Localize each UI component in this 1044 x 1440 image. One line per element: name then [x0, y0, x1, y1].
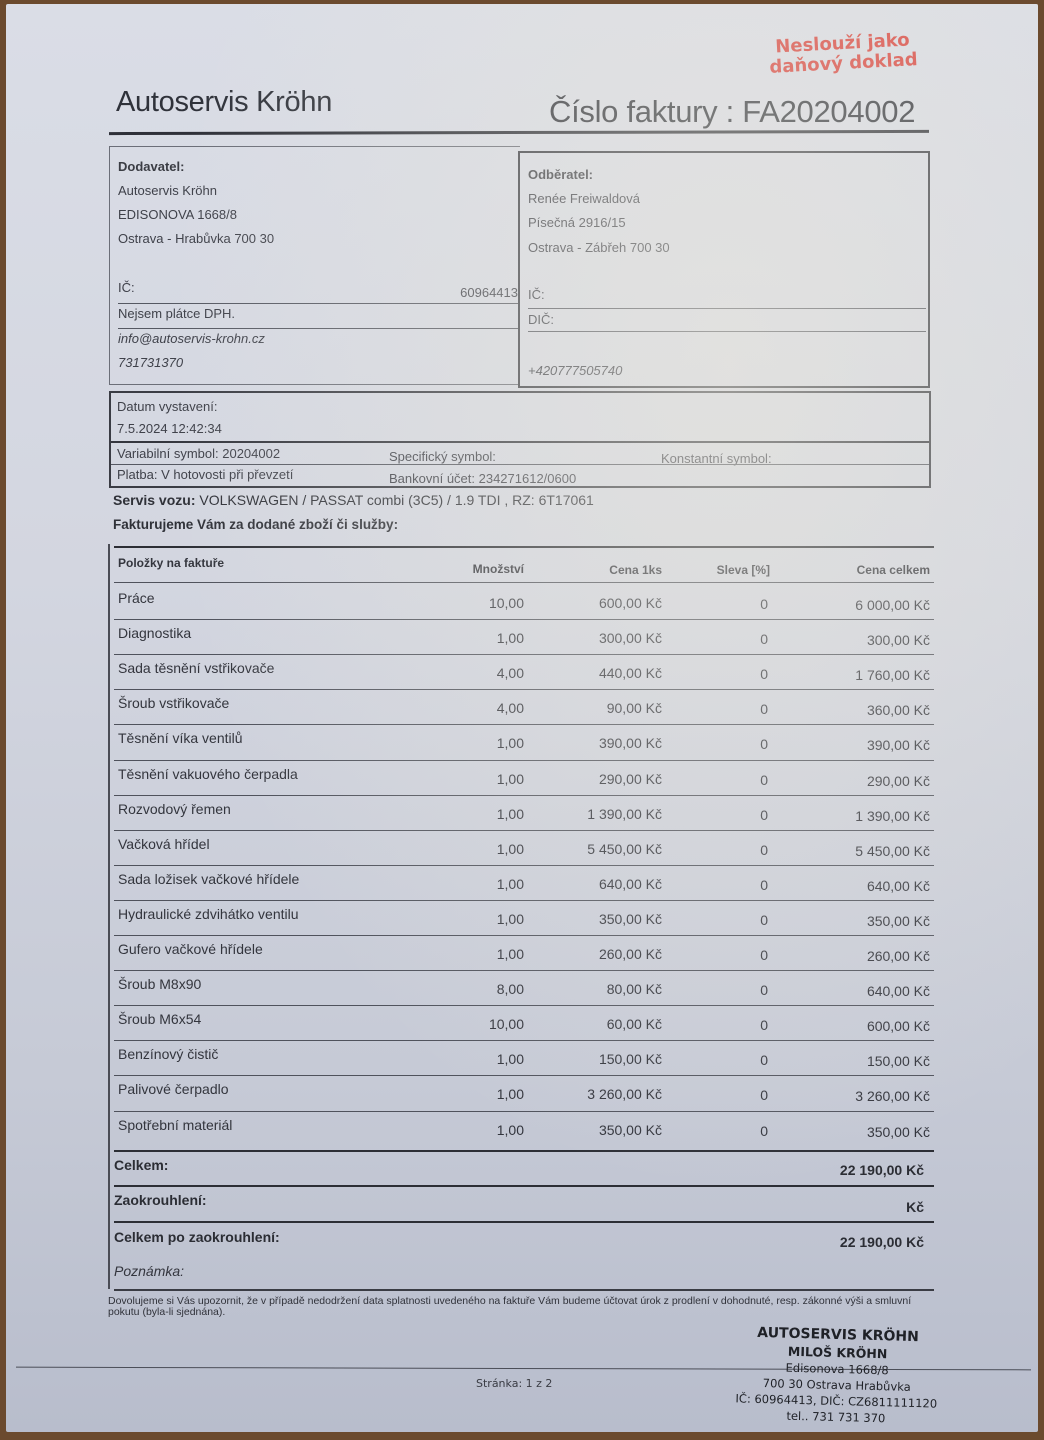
item-name: Rozvodový řemen — [118, 801, 231, 817]
item-total: 600,00 Kč — [867, 1018, 930, 1034]
total-label: Celkem: — [114, 1157, 168, 1173]
table-top-border — [114, 546, 934, 548]
table-row: Vačková hřídel1,005 450,00 Kč05 450,00 K… — [114, 831, 934, 866]
payment-method: Platba: V hotovosti při převzetí — [117, 467, 293, 482]
item-unit-price: 80,00 Kč — [607, 981, 662, 997]
item-name: Sada ložisek vačkové hřídele — [118, 871, 299, 887]
divider — [114, 582, 934, 583]
item-quantity: 1,00 — [497, 806, 524, 822]
customer-heading: Odběratel: — [528, 167, 593, 182]
table-row: Šroub M6x5410,0060,00 Kč0600,00 Kč — [114, 1006, 934, 1041]
late-payment-disclaimer: Dovolujeme si Vás upozornit, že v případ… — [108, 1296, 928, 1318]
item-discount: 0 — [760, 1087, 768, 1103]
item-unit-price: 600,00 Kč — [599, 595, 662, 611]
customer-ic-label: IČ: — [528, 287, 545, 302]
item-name: Palivové čerpadlo — [118, 1081, 229, 1097]
supplier-email[interactable]: info@autoservis-krohn.cz — [118, 331, 265, 346]
item-total: 3 260,00 Kč — [855, 1088, 930, 1104]
divider — [528, 331, 926, 332]
customer-name: Renée Freiwaldová — [528, 191, 640, 206]
item-unit-price: 5 450,00 Kč — [587, 841, 662, 857]
item-quantity: 1,00 — [497, 771, 524, 787]
item-discount: 0 — [760, 1052, 768, 1068]
item-total: 1 390,00 Kč — [855, 808, 930, 824]
rounding-value: Kč — [906, 1199, 924, 1215]
company-title: Autoservis Kröhn — [116, 86, 332, 119]
item-name: Šroub M6x54 — [118, 1011, 201, 1027]
table-row: Palivové čerpadlo1,003 260,00 Kč03 260,0… — [114, 1076, 934, 1111]
item-quantity: 8,00 — [497, 981, 524, 997]
customer-dic-label: DIČ: — [528, 312, 554, 327]
table-row: Spotřební materiál1,00350,00 Kč0350,00 K… — [114, 1112, 934, 1147]
item-discount: 0 — [760, 877, 768, 893]
item-name: Práce — [118, 590, 155, 606]
invoice-page: Neslouží jako daňový doklad Autoservis K… — [6, 4, 1038, 1432]
supplier-phone: 731731370 — [118, 355, 183, 370]
item-unit-price: 290,00 Kč — [599, 771, 662, 787]
table-row: Šroub M8x908,0080,00 Kč0640,00 Kč — [114, 971, 934, 1006]
item-total: 300,00 Kč — [867, 632, 930, 648]
item-total: 350,00 Kč — [867, 913, 930, 929]
item-unit-price: 640,00 Kč — [599, 876, 662, 892]
item-quantity: 4,00 — [497, 700, 524, 716]
item-total: 640,00 Kč — [867, 983, 930, 999]
item-discount: 0 — [760, 772, 768, 788]
table-header: Položky na faktuře Množství Cena 1ks Sle… — [114, 556, 934, 582]
table-row: Hydraulické zdvihátko ventilu1,00350,00 … — [114, 901, 934, 936]
page-number: Stránka: 1 z 2 — [476, 1377, 552, 1390]
item-unit-price: 60,00 Kč — [607, 1016, 662, 1032]
item-quantity: 1,00 — [497, 876, 524, 892]
customer-phone: +420777505740 — [528, 363, 622, 378]
issue-date-label: Datum vystavení: — [117, 399, 217, 414]
issue-date-value: 7.5.2024 12:42:34 — [117, 421, 222, 436]
supplier-vat-note: Nejsem plátce DPH. — [118, 306, 235, 321]
item-total: 350,00 Kč — [867, 1124, 930, 1140]
table-row: Benzínový čistič1,00150,00 Kč0150,00 Kč — [114, 1041, 934, 1076]
divider — [114, 1289, 934, 1291]
divider — [114, 1221, 934, 1223]
item-name: Diagnostika — [118, 625, 191, 641]
col-header-qty: Množství — [473, 562, 524, 576]
divider — [111, 464, 929, 465]
item-discount: 0 — [760, 842, 768, 858]
supplier-ic-value: 60964413 — [460, 285, 518, 300]
col-header-unit-price: Cena 1ks — [609, 563, 662, 577]
billing-intro: Fakturujeme Vám za dodané zboží či služb… — [113, 517, 398, 532]
item-discount: 0 — [760, 982, 768, 998]
table-row: Práce10,00600,00 Kč06 000,00 Kč — [114, 585, 934, 620]
item-unit-price: 90,00 Kč — [607, 700, 662, 716]
divider — [114, 1150, 934, 1152]
item-total: 6 000,00 Kč — [855, 597, 930, 613]
total-value: 22 190,00 Kč — [840, 1162, 924, 1178]
item-total: 5 450,00 Kč — [855, 843, 930, 859]
vehicle-value: VOLKSWAGEN / PASSAT combi (3C5) / 1.9 TD… — [199, 492, 593, 508]
table-row: Rozvodový řemen1,001 390,00 Kč01 390,00 … — [114, 796, 934, 831]
item-name: Spotřební materiál — [118, 1117, 232, 1133]
vehicle-info: Servis vozu: VOLKSWAGEN / PASSAT combi (… — [113, 492, 594, 508]
not-tax-document-stamp: Neslouží jako daňový doklad — [727, 28, 959, 80]
item-quantity: 10,00 — [489, 595, 524, 611]
supplier-box: Dodavatel: Autoservis Kröhn EDISONOVA 16… — [109, 146, 520, 385]
item-total: 260,00 Kč — [867, 948, 930, 964]
item-unit-price: 260,00 Kč — [599, 946, 662, 962]
supplier-street: EDISONOVA 1668/8 — [118, 207, 237, 222]
item-unit-price: 390,00 Kč — [599, 735, 662, 751]
item-name: Těsnění víka ventilů — [118, 730, 243, 746]
divider — [118, 303, 518, 304]
item-quantity: 1,00 — [497, 911, 524, 927]
item-total: 640,00 Kč — [867, 878, 930, 894]
item-quantity: 1,00 — [497, 841, 524, 857]
table-row: Sada těsnění vstřikovače4,00440,00 Kč01 … — [114, 655, 934, 690]
item-unit-price: 150,00 Kč — [599, 1051, 662, 1067]
table-row: Těsnění víka ventilů1,00390,00 Kč0390,00… — [114, 725, 934, 760]
item-discount: 0 — [760, 1017, 768, 1033]
rounded-total-label: Celkem po zaokrouhlení: — [114, 1229, 280, 1245]
item-total: 150,00 Kč — [867, 1053, 930, 1069]
item-name: Šroub M8x90 — [118, 976, 201, 992]
item-name: Vačková hřídel — [118, 836, 210, 852]
supplier-heading: Dodavatel: — [118, 159, 184, 174]
item-discount: 0 — [760, 596, 768, 612]
table-left-border — [108, 544, 110, 1289]
table-row: Diagnostika1,00300,00 Kč0300,00 Kč — [114, 620, 934, 655]
item-unit-price: 3 260,00 Kč — [587, 1086, 662, 1102]
item-name: Gufero vačkové hřídele — [118, 941, 263, 957]
item-name: Hydraulické zdvihátko ventilu — [118, 906, 299, 922]
table-row: Sada ložisek vačkové hřídele1,00640,00 K… — [114, 866, 934, 901]
item-discount: 0 — [760, 912, 768, 928]
item-total: 390,00 Kč — [867, 737, 930, 753]
table-row: Šroub vstřikovače4,0090,00 Kč0360,00 Kč — [114, 690, 934, 725]
specific-symbol: Specifický symbol: — [389, 449, 496, 464]
divider — [118, 328, 518, 329]
invoice-number: Číslo faktury : FA20204002 — [549, 94, 915, 130]
item-name: Benzínový čistič — [118, 1046, 218, 1062]
item-discount: 0 — [760, 701, 768, 717]
item-total: 290,00 Kč — [867, 773, 930, 789]
item-name: Těsnění vakuového čerpadla — [118, 766, 298, 782]
col-header-discount: Sleva [%] — [717, 563, 770, 577]
item-quantity: 4,00 — [497, 665, 524, 681]
customer-box: Odběratel: Renée Freiwaldová Písečná 291… — [518, 151, 930, 388]
rounding-label: Zaokrouhlení: — [114, 1192, 207, 1208]
note-label: Poznámka: — [114, 1263, 184, 1279]
item-discount: 0 — [760, 947, 768, 963]
item-unit-price: 440,00 Kč — [599, 665, 662, 681]
item-name: Šroub vstřikovače — [118, 695, 229, 711]
bank-account: Bankovní účet: 234271612/0600 — [389, 471, 576, 486]
item-discount: 0 — [760, 736, 768, 752]
item-quantity: 1,00 — [497, 630, 524, 646]
item-quantity: 1,00 — [497, 735, 524, 751]
item-discount: 0 — [760, 807, 768, 823]
item-discount: 0 — [760, 631, 768, 647]
customer-city: Ostrava - Zábřeh 700 30 — [528, 240, 670, 255]
supplier-city: Ostrava - Hrabůvka 700 30 — [118, 231, 274, 246]
item-quantity: 10,00 — [489, 1016, 524, 1032]
item-quantity: 1,00 — [497, 1051, 524, 1067]
variable-symbol: Variabilní symbol: 20204002 — [117, 446, 280, 461]
item-unit-price: 350,00 Kč — [599, 911, 662, 927]
item-name: Sada těsnění vstřikovače — [118, 660, 274, 676]
customer-street: Písečná 2916/15 — [528, 215, 626, 230]
divider — [111, 441, 929, 443]
col-header-total: Cena celkem — [857, 563, 930, 577]
supplier-ic-label: IČ: — [118, 280, 135, 295]
item-unit-price: 1 390,00 Kč — [587, 806, 662, 822]
item-total: 360,00 Kč — [867, 702, 930, 718]
item-quantity: 1,00 — [497, 946, 524, 962]
item-quantity: 1,00 — [497, 1122, 524, 1138]
item-unit-price: 350,00 Kč — [599, 1122, 662, 1138]
item-discount: 0 — [760, 1123, 768, 1139]
divider — [528, 308, 926, 309]
rounded-total-value: 22 190,00 Kč — [840, 1234, 924, 1250]
col-header-item: Položky na faktuře — [118, 556, 224, 570]
title-divider — [109, 130, 929, 135]
item-unit-price: 300,00 Kč — [599, 630, 662, 646]
item-quantity: 1,00 — [497, 1086, 524, 1102]
vehicle-label: Servis vozu: — [113, 492, 195, 508]
item-discount: 0 — [760, 666, 768, 682]
divider — [114, 1185, 934, 1187]
table-row: Těsnění vakuového čerpadla1,00290,00 Kč0… — [114, 761, 934, 796]
table-row: Gufero vačkové hřídele1,00260,00 Kč0260,… — [114, 936, 934, 971]
company-stamp: AUTOSERVIS KRÖHN MILOŠ KRÖHN Edisonova 1… — [721, 1323, 954, 1428]
payment-info-box: Datum vystavení: 7.5.2024 12:42:34 Varia… — [109, 391, 931, 488]
supplier-name: Autoservis Kröhn — [118, 183, 217, 198]
item-total: 1 760,00 Kč — [855, 667, 930, 683]
